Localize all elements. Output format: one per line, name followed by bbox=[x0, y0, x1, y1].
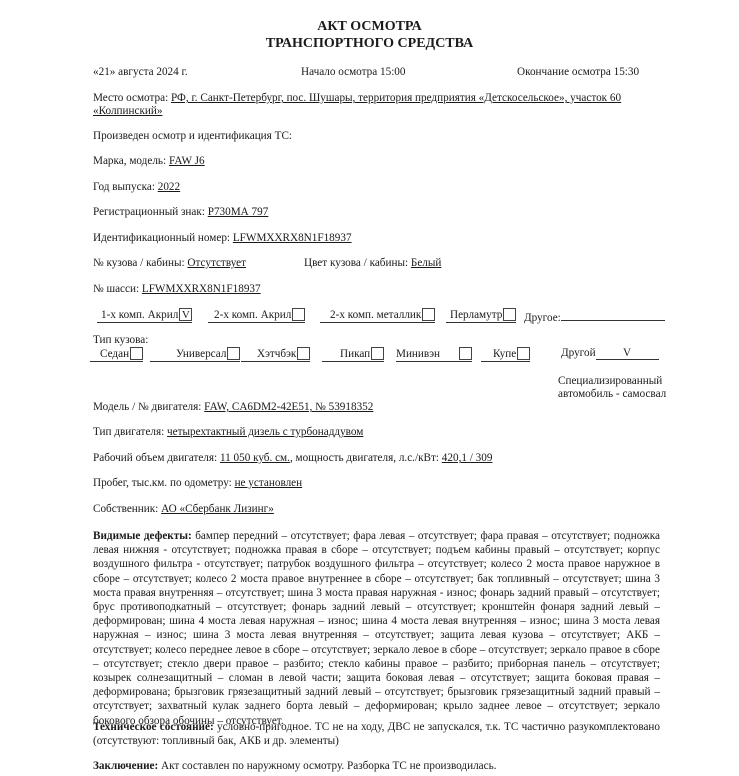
power-label: , мощность двигателя, л.с./кВт: bbox=[290, 452, 442, 464]
reg-row: Регистрационный знак: Р730МА 797 bbox=[93, 206, 268, 218]
paint-option-label: Перламутр bbox=[450, 309, 502, 321]
make-row: Марка, модель: FAW J6 bbox=[93, 155, 205, 167]
body-no-value: Отсутствует bbox=[187, 257, 246, 269]
engine-model-row: Модель / № двигателя: FAW, CA6DM2-42E51,… bbox=[93, 401, 373, 413]
vin-label: Идентификационный номер: bbox=[93, 232, 233, 244]
checkbox[interactable] bbox=[517, 347, 530, 360]
body-type-pickup[interactable]: Пикап bbox=[322, 347, 384, 362]
owner-row: Собственник: АО «Сбербанк Лизинг» bbox=[93, 503, 274, 515]
paint-other: Другое: bbox=[524, 308, 665, 324]
year-label: Год выпуска: bbox=[93, 181, 158, 193]
checkbox[interactable]: V bbox=[179, 308, 192, 321]
body-type-option-label: Купе bbox=[493, 348, 516, 360]
place-row: Место осмотра: РФ, г. Санкт-Петербург, п… bbox=[93, 92, 621, 104]
year-row: Год выпуска: 2022 bbox=[93, 181, 180, 193]
vin-value: LFWMXXRX8N1F18937 bbox=[233, 232, 352, 244]
mileage-row: Пробег, тыс.км. по одометру: не установл… bbox=[93, 477, 302, 489]
body-type-option-label: Пикап bbox=[340, 348, 370, 360]
paint-other-label: Другое: bbox=[524, 312, 561, 324]
body-type-option-label: Универсал bbox=[176, 348, 226, 360]
inspection-date: «21» августа 2024 г. bbox=[93, 66, 188, 78]
checkbox[interactable] bbox=[503, 308, 516, 321]
checkbox[interactable] bbox=[371, 347, 384, 360]
body-type-other-desc-line2: автомобиль - самосвал bbox=[558, 388, 666, 400]
engine-type-value: четырехтактный дизель с турбонаддувом bbox=[167, 426, 363, 438]
volume-label: Рабочий объем двигателя: bbox=[93, 452, 220, 464]
engine-model-label: Модель / № двигателя: bbox=[93, 401, 204, 413]
checkbox[interactable] bbox=[422, 308, 435, 321]
paint-option-label: 2-х комп. металлик bbox=[330, 309, 421, 321]
checkbox[interactable] bbox=[459, 347, 472, 360]
engine-volume-row: Рабочий объем двигателя: 11 050 куб. см.… bbox=[93, 452, 492, 464]
body-type-option-label: Хэтчбэк bbox=[257, 348, 296, 360]
color-value: Белый bbox=[411, 257, 441, 269]
year-value: 2022 bbox=[158, 181, 180, 193]
document-title-line2: ТРАНСПОРТНОГО СРЕДСТВА bbox=[0, 36, 739, 52]
body-type-sedan[interactable]: Седан bbox=[90, 347, 143, 362]
vin-row: Идентификационный номер: LFWMXXRX8N1F189… bbox=[93, 232, 352, 244]
paint-option-1k-acrylic[interactable]: 1-х комп. АкрилV bbox=[97, 308, 192, 323]
paint-option-pearl[interactable]: Перламутр bbox=[446, 308, 516, 323]
tech-state-label: Техническое состояние: bbox=[93, 721, 214, 733]
reg-value: Р730МА 797 bbox=[208, 206, 269, 218]
conclusion-label: Заключение: bbox=[93, 760, 158, 772]
volume-value: 11 050 куб. см. bbox=[220, 452, 290, 464]
body-type-other-desc-line1: Специализированный bbox=[558, 375, 662, 387]
paint-option-2k-metallic[interactable]: 2-х комп. металлик bbox=[320, 308, 435, 323]
tech-state-paragraph: Техническое состояние: условно-пригодное… bbox=[93, 720, 660, 748]
mileage-value: не установлен bbox=[235, 477, 303, 489]
body-type-other[interactable]: ДругойV bbox=[561, 347, 659, 360]
identification-heading: Произведен осмотр и идентификация ТС: bbox=[93, 130, 292, 142]
body-type-hatchback[interactable]: Хэтчбэк bbox=[241, 347, 310, 362]
chassis-value: LFWMXXRX8N1F18937 bbox=[142, 283, 261, 295]
body-type-other-mark[interactable]: V bbox=[596, 347, 659, 360]
document-title-line1: АКТ ОСМОТРА bbox=[0, 19, 739, 35]
engine-type-row: Тип двигателя: четырехтактный дизель с т… bbox=[93, 426, 363, 438]
body-type-minivan[interactable]: Минивэн bbox=[396, 347, 472, 362]
place-value-cont: «Колпинский» bbox=[93, 105, 162, 117]
mileage-label: Пробег, тыс.км. по одометру: bbox=[93, 477, 235, 489]
conclusion-text: Акт составлен по наружному осмотру. Разб… bbox=[158, 760, 496, 772]
paint-option-label: 1-х комп. Акрил bbox=[101, 309, 178, 321]
inspection-start: Начало осмотра 15:00 bbox=[301, 66, 406, 78]
place-label: Место осмотра: bbox=[93, 92, 171, 104]
make-label: Марка, модель: bbox=[93, 155, 169, 167]
paint-other-field[interactable] bbox=[561, 308, 665, 321]
body-type-option-label: Седан bbox=[100, 348, 129, 360]
defects-paragraph: Видимые дефекты: бампер передний – отсут… bbox=[93, 529, 660, 728]
reg-label: Регистрационный знак: bbox=[93, 206, 208, 218]
chassis-row: № шасси: LFWMXXRX8N1F18937 bbox=[93, 283, 261, 295]
engine-type-label: Тип двигателя: bbox=[93, 426, 167, 438]
paint-option-2k-acrylic[interactable]: 2-х комп. Акрил bbox=[208, 308, 305, 323]
defects-label: Видимые дефекты: bbox=[93, 530, 192, 542]
owner-value: АО «Сбербанк Лизинг» bbox=[161, 503, 274, 515]
chassis-label: № шасси: bbox=[93, 283, 142, 295]
body-type-other-label: Другой bbox=[561, 347, 596, 359]
body-type-label: Тип кузова: bbox=[93, 334, 148, 346]
checkbox[interactable] bbox=[227, 347, 240, 360]
defects-text: бампер передний – отсутствует; фара лева… bbox=[93, 530, 660, 727]
body-no-label: № кузова / кабины: bbox=[93, 257, 187, 269]
owner-label: Собственник: bbox=[93, 503, 161, 515]
body-type-wagon[interactable]: Универсал bbox=[150, 347, 240, 362]
make-value: FAW J6 bbox=[169, 155, 205, 167]
engine-model-value: FAW, CA6DM2-42E51, № 53918352 bbox=[204, 401, 373, 413]
body-type-coupe[interactable]: Купе bbox=[481, 347, 530, 362]
body-no-row: № кузова / кабины: Отсутствует bbox=[93, 257, 246, 269]
conclusion-paragraph: Заключение: Акт составлен по наружному о… bbox=[93, 759, 660, 773]
paint-option-label: 2-х комп. Акрил bbox=[214, 309, 291, 321]
power-value: 420,1 / 309 bbox=[442, 452, 493, 464]
inspection-end: Окончание осмотра 15:30 bbox=[517, 66, 639, 78]
checkbox[interactable] bbox=[130, 347, 143, 360]
body-type-option-label: Минивэн bbox=[396, 348, 440, 360]
checkbox[interactable] bbox=[297, 347, 310, 360]
color-row: Цвет кузова / кабины: Белый bbox=[304, 257, 441, 269]
checkbox[interactable] bbox=[292, 308, 305, 321]
color-label: Цвет кузова / кабины: bbox=[304, 257, 411, 269]
place-value: РФ, г. Санкт-Петербург, пос. Шушары, тер… bbox=[171, 92, 621, 104]
